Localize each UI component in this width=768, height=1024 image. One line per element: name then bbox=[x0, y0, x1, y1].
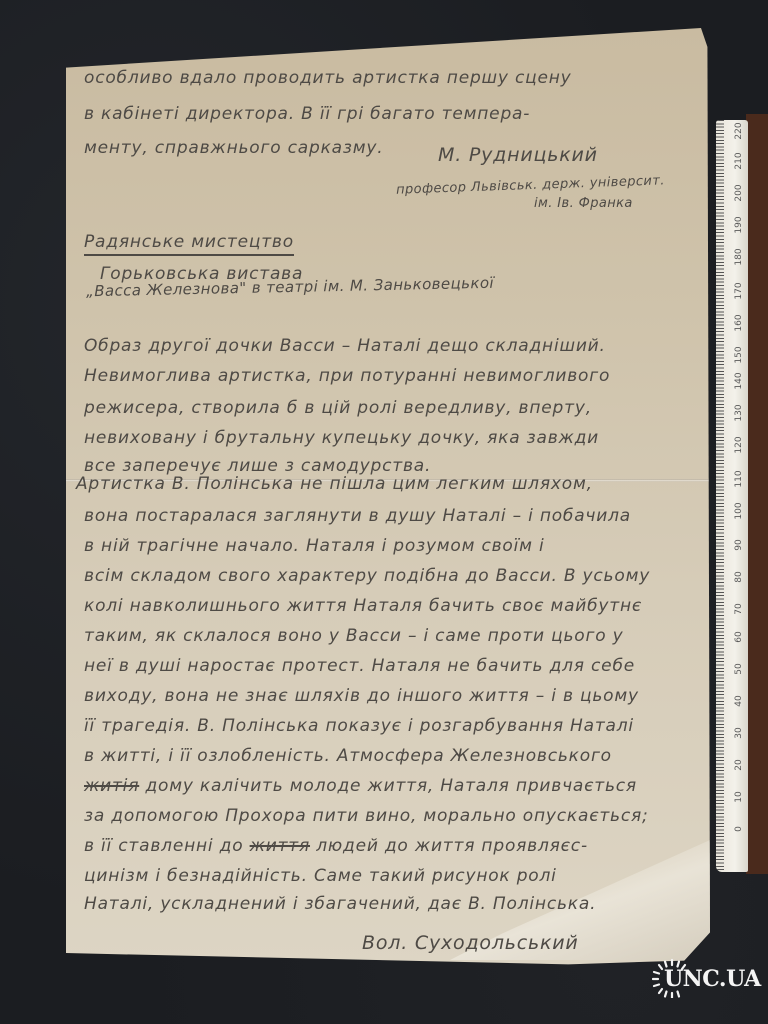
text-line-main-2: Невимоглива артистка, при потуранні неви… bbox=[84, 366, 610, 386]
ruler-label: 80 bbox=[734, 568, 744, 586]
ruler-label: 20 bbox=[734, 756, 744, 774]
ruler-label: 220 bbox=[734, 122, 744, 140]
ruler-label: 10 bbox=[734, 788, 744, 806]
text-line-main-18: в її ставленні до життя людей до життя п… bbox=[84, 836, 588, 856]
ruler-label: 60 bbox=[734, 628, 744, 646]
ruler-label: 40 bbox=[734, 692, 744, 710]
ruler-label: 150 bbox=[734, 346, 744, 364]
text-line-top-3: менту, справжнього сарказму. bbox=[84, 138, 383, 158]
ruler-label: 120 bbox=[734, 436, 744, 454]
ruler-brand-mark: MIB bbox=[716, 847, 718, 864]
ruler-label: 190 bbox=[734, 216, 744, 234]
signature-rudnytskyi-title-1: професор Львівськ. держ. університ. bbox=[396, 173, 665, 197]
text-line-main-1: Образ другої дочки Васси – Наталі дещо с… bbox=[84, 336, 606, 356]
text-line-main-7: вона постаралася заглянути в душу Наталі… bbox=[84, 506, 631, 526]
ruler-label: 140 bbox=[734, 372, 744, 390]
text-line-main-18-end: людей до життя проявляєс- bbox=[316, 836, 588, 856]
ruler-label: 160 bbox=[734, 314, 744, 332]
text-line-main-6: Артистка В. Полінська не пішла цим легки… bbox=[76, 474, 593, 494]
text-line-main-11: таким, як склалося воно у Васси – і саме… bbox=[84, 626, 623, 646]
signature-sukhodolskyi: Вол. Суходольський bbox=[362, 932, 579, 954]
ruler-label: 30 bbox=[734, 724, 744, 742]
struck-word-1: житія bbox=[84, 776, 139, 796]
text-line-main-16: житія дому калічить молоде життя, Наталя… bbox=[84, 776, 637, 796]
watermark-text: UNC.UA bbox=[664, 966, 761, 992]
ruler-label: 110 bbox=[734, 470, 744, 488]
text-line-main-8: в ній трагічне начало. Наталя і розумом … bbox=[84, 536, 545, 556]
ruler: 220 210 200 190 180 170 160 150 140 130 … bbox=[716, 120, 748, 872]
ruler-label: 0 bbox=[734, 820, 744, 838]
text-line-main-4: невиховану і брутальну купецьку дочку, я… bbox=[84, 428, 599, 448]
text-line-main-5: все заперечує лише з самодурства. bbox=[84, 456, 431, 476]
text-line-main-20: Наталі, ускладнений і збагачений, дає В.… bbox=[84, 894, 596, 914]
ruler-label: 180 bbox=[734, 248, 744, 266]
text-line-main-12: неї в душі наростає протест. Наталя не б… bbox=[84, 656, 635, 676]
text-line-main-14: її трагедія. В. Полінська показує і розг… bbox=[84, 716, 634, 736]
ruler-label: 130 bbox=[734, 404, 744, 422]
ruler-label: 70 bbox=[734, 600, 744, 618]
text-line-main-17: за допомогою Прохора пити вино, морально… bbox=[84, 806, 649, 826]
struck-word-2: життя bbox=[250, 836, 310, 856]
ruler-wooden-backing bbox=[746, 114, 768, 874]
text-line-main-19: цинізм і безнадійність. Саме такий рисун… bbox=[84, 866, 557, 886]
text-line-main-9: всім складом свого характеру подібна до … bbox=[84, 566, 650, 586]
text-line-main-18-start: в її ставленні до bbox=[84, 836, 250, 856]
text-line-main-13: виходу, вона не знає шляхів до іншого жи… bbox=[84, 686, 639, 706]
text-line-main-10: колі навколишнього життя Наталя бачить с… bbox=[84, 596, 642, 616]
ruler-ticks bbox=[716, 120, 730, 872]
section-heading: Радянське мистецтво bbox=[84, 232, 294, 256]
ruler-label: 170 bbox=[734, 282, 744, 300]
text-line-main-15: в житті, і її озлобленість. Атмосфера Же… bbox=[84, 746, 612, 766]
ruler-label: 210 bbox=[734, 152, 744, 170]
text-line-top-2: в кабінеті директора. В її грі багато те… bbox=[84, 104, 530, 124]
ruler-label: 100 bbox=[734, 502, 744, 520]
text-line-main-16-rest: дому калічить молоде життя, Наталя привч… bbox=[145, 776, 637, 796]
watermark: UNC.UA bbox=[652, 966, 749, 992]
paper-sheet: особливо вдало проводить артистка першу … bbox=[66, 28, 710, 970]
text-line-top-1: особливо вдало проводить артистка першу … bbox=[84, 68, 572, 88]
ruler-label: 90 bbox=[734, 536, 744, 554]
text-line-main-3: режисера, створила б в цій ролі вередлив… bbox=[84, 398, 592, 418]
ruler-label: 50 bbox=[734, 660, 744, 678]
ruler-label: 200 bbox=[734, 184, 744, 202]
signature-rudnytskyi-title-2: ім. Ів. Франка bbox=[534, 196, 633, 211]
signature-rudnytskyi: М. Рудницький bbox=[438, 144, 598, 166]
